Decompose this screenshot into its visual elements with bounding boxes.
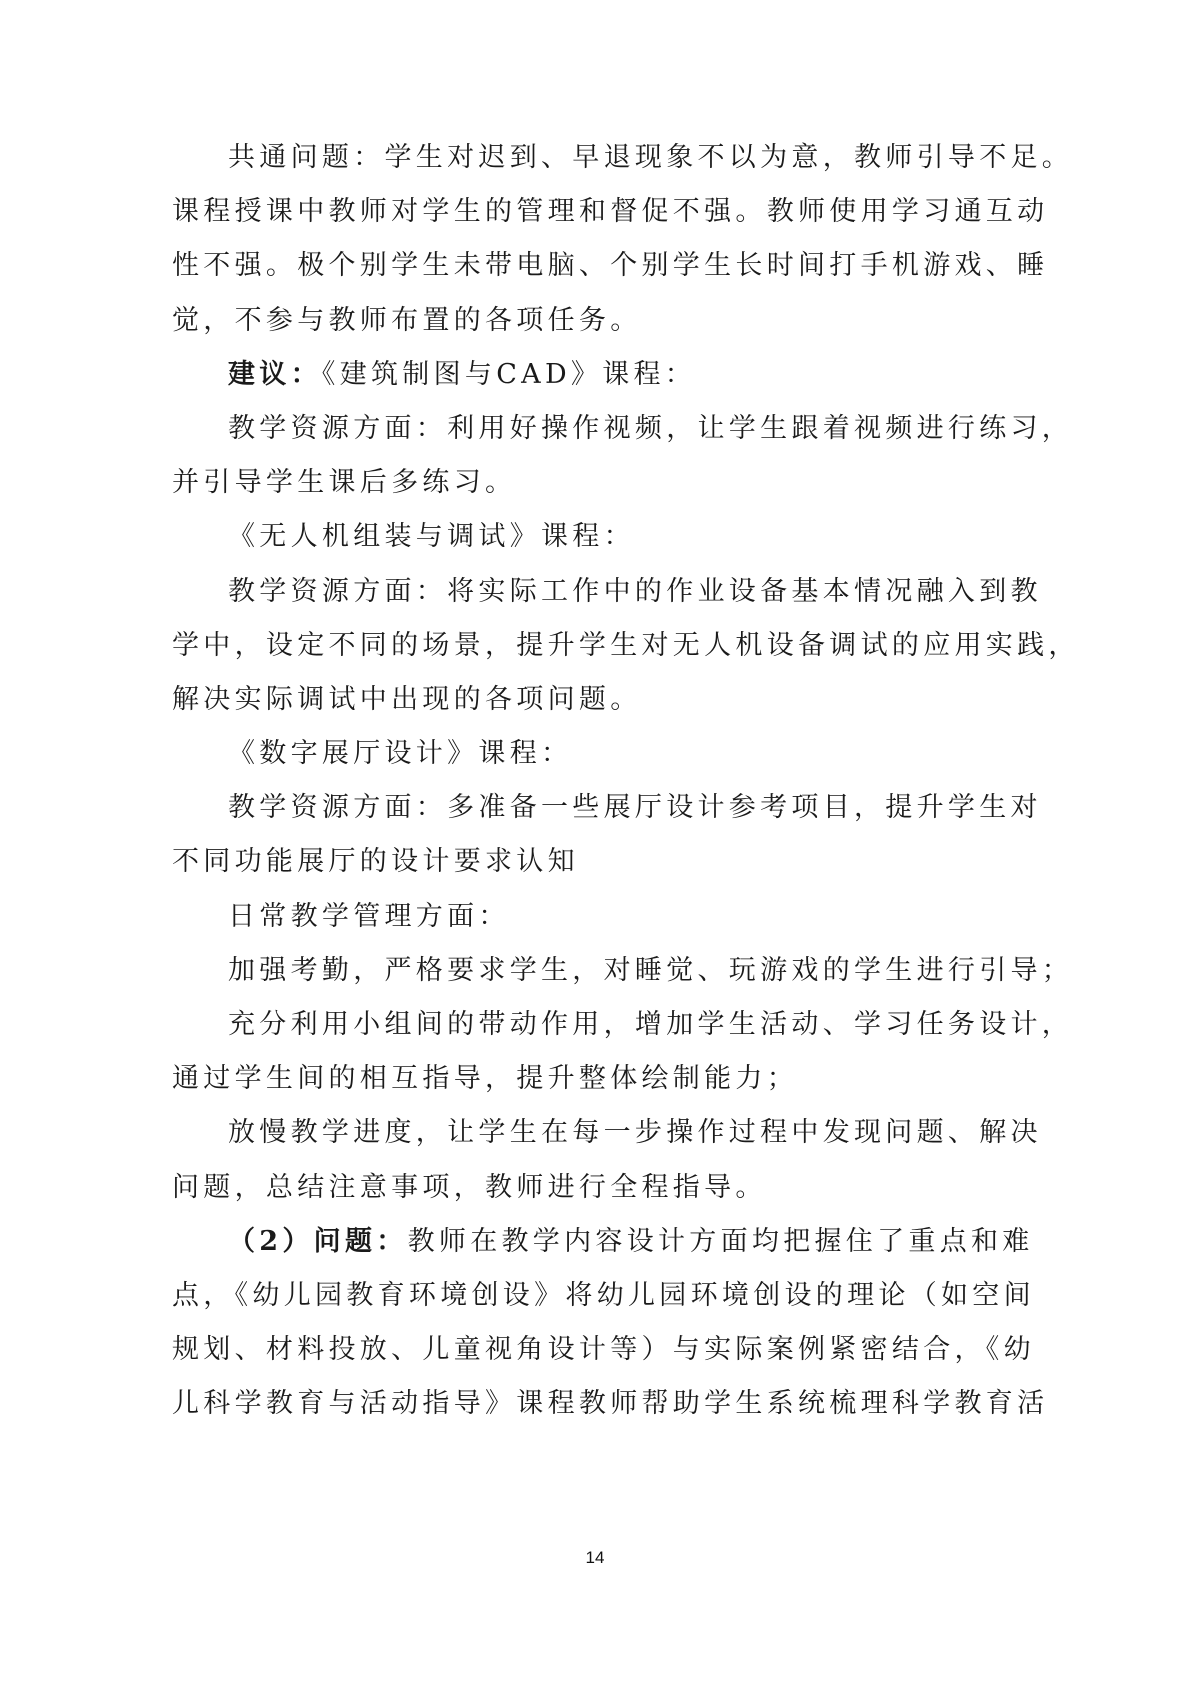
text-line: 课程授课中教师对学生的管理和督促不强。教师使用学习通互动 xyxy=(172,185,1012,239)
text-line: 性不强。极个别学生未带电脑、个别学生长时间打手机游戏、睡 xyxy=(172,239,1012,293)
text-line: 放慢教学进度，让学生在每一步操作过程中发现问题、解决 xyxy=(172,1106,1012,1160)
paragraph-issue-2: （2）问题：教师在教学内容设计方面均把握住了重点和难 点，《幼儿园教育环境创设》… xyxy=(172,1215,1012,1432)
document-page: 共通问题：学生对迟到、早退现象不以为意，教师引导不足。 课程授课中教师对学生的管… xyxy=(0,0,1190,1683)
paragraph-exhibit-course: 《数字展厅设计》课程： xyxy=(172,727,1012,781)
text-line: 教学资源方面：将实际工作中的作业设备基本情况融入到教 xyxy=(172,565,1012,619)
text-line: 问题，总结注意事项，教师进行全程指导。 xyxy=(172,1161,1012,1215)
text-line: 共通问题：学生对迟到、早退现象不以为意，教师引导不足。 xyxy=(172,131,1012,185)
text-line: 规划、材料投放、儿童视角设计等）与实际案例紧密结合，《幼 xyxy=(172,1323,1012,1377)
issue-2-label: （2）问题： xyxy=(228,1226,408,1257)
text-line: 教学资源方面：多准备一些展厅设计参考项目，提升学生对 xyxy=(172,781,1012,835)
paragraph-drone-resources: 教学资源方面：将实际工作中的作业设备基本情况融入到教 学中，设定不同的场景，提升… xyxy=(172,565,1012,728)
document-body: 共通问题：学生对迟到、早退现象不以为意，教师引导不足。 课程授课中教师对学生的管… xyxy=(172,131,1012,1432)
text-line: 点，《幼儿园教育环境创设》将幼儿园环境创设的理论（如空间 xyxy=(172,1269,1012,1323)
text-line: 充分利用小组间的带动作用，增加学生活动、学习任务设计， xyxy=(172,998,1012,1052)
paragraph-cad-resources: 教学资源方面：利用好操作视频，让学生跟着视频进行练习， 并引导学生课后多练习。 xyxy=(172,402,1012,510)
text-line: 解决实际调试中出现的各项问题。 xyxy=(172,673,1012,727)
paragraph-exhibit-resources: 教学资源方面：多准备一些展厅设计参考项目，提升学生对 不同功能展厅的设计要求认知 xyxy=(172,781,1012,889)
page-number: 14 xyxy=(0,1548,1190,1568)
cad-course-title: 《建筑制图与CAD》课程： xyxy=(322,359,696,390)
paragraph-daily-management: 日常教学管理方面： xyxy=(172,890,1012,944)
issue-2-text: 教师在教学内容设计方面均把握住了重点和难 xyxy=(408,1226,1034,1257)
paragraph-common-issue: 共通问题：学生对迟到、早退现象不以为意，教师引导不足。 课程授课中教师对学生的管… xyxy=(172,131,1012,348)
text-line: 并引导学生课后多练习。 xyxy=(172,456,1012,510)
text-line: 教学资源方面：利用好操作视频，让学生跟着视频进行练习， xyxy=(172,402,1012,456)
paragraph-group-work: 充分利用小组间的带动作用，增加学生活动、学习任务设计， 通过学生间的相互指导，提… xyxy=(172,998,1012,1106)
text-line: 儿科学教育与活动指导》课程教师帮助学生系统梳理科学教育活 xyxy=(172,1377,1012,1431)
text-line: （2）问题：教师在教学内容设计方面均把握住了重点和难 xyxy=(172,1215,1012,1269)
text-line: 学中，设定不同的场景，提升学生对无人机设备调试的应用实践， xyxy=(172,619,1012,673)
paragraph-attendance: 加强考勤，严格要求学生，对睡觉、玩游戏的学生进行引导； xyxy=(172,944,1012,998)
text-line: 通过学生间的相互指导，提升整体绘制能力； xyxy=(172,1052,1012,1106)
paragraph-drone-course: 《无人机组装与调试》课程： xyxy=(172,510,1012,564)
paragraph-slow-pace: 放慢教学进度，让学生在每一步操作过程中发现问题、解决 问题，总结注意事项，教师进… xyxy=(172,1106,1012,1214)
text-line: 不同功能展厅的设计要求认知 xyxy=(172,835,1012,889)
text-line: 觉，不参与教师布置的各项任务。 xyxy=(172,294,1012,348)
suggestion-label: 建议： xyxy=(228,359,322,390)
paragraph-suggestion-heading: 建议：《建筑制图与CAD》课程： xyxy=(172,348,1012,402)
